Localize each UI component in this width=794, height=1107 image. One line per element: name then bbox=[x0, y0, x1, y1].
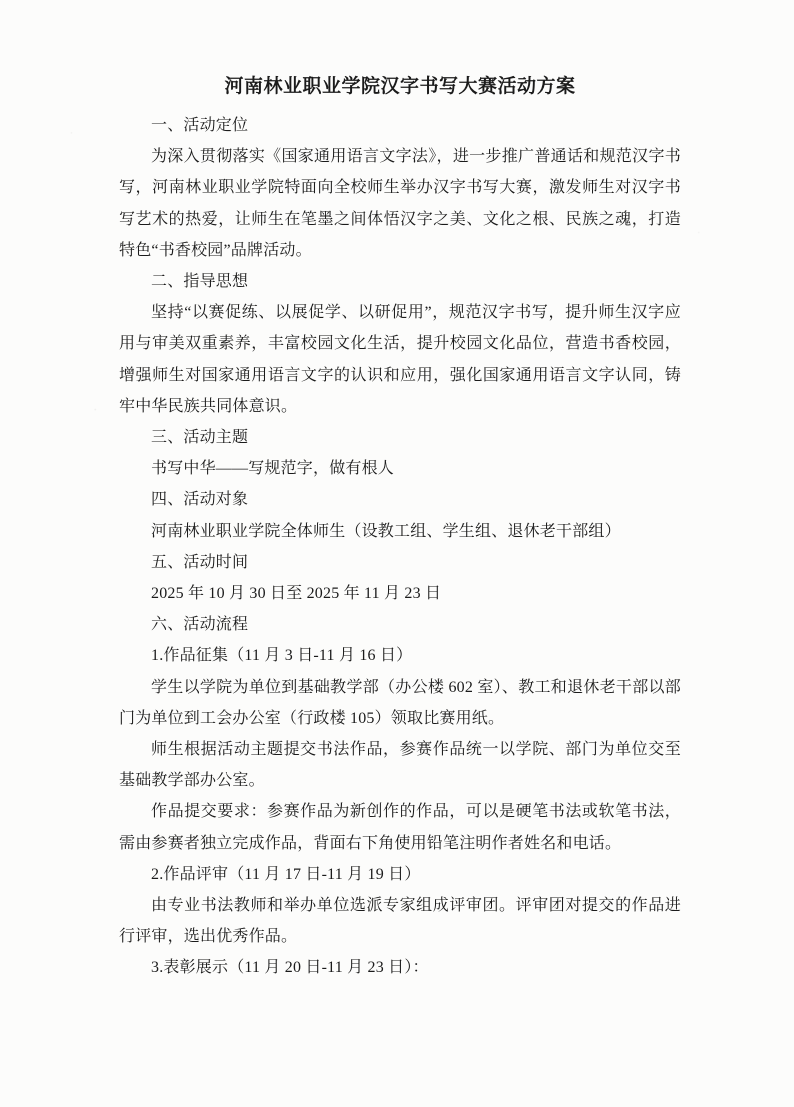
paragraph: 学生以学院为单位到基础教学部（办公楼 602 室）、教工和退休老干部以部门为单位… bbox=[119, 672, 681, 734]
document-title: 河南林业职业学院汉字书写大赛活动方案 bbox=[119, 74, 681, 100]
section-heading: 六、活动流程 bbox=[119, 609, 681, 640]
paragraph: 为深入贯彻落实《国家通用语言文字法》，进一步推广普通话和规范汉字书写，河南林业职… bbox=[119, 141, 681, 266]
paragraph: 坚持“以赛促练、以展促学、以研促用”，规范汉字书写，提升师生汉字应用与审美双重素… bbox=[119, 297, 681, 422]
paragraph: 作品提交要求：参赛作品为新创作的作品，可以是硬笔书法或软笔书法，需由参赛者独立完… bbox=[119, 796, 681, 858]
document-body: 一、活动定位 为深入贯彻落实《国家通用语言文字法》，进一步推广普通话和规范汉字书… bbox=[119, 110, 681, 984]
section-heading: 四、活动对象 bbox=[119, 484, 681, 515]
paragraph: 2.作品评审（11 月 17 日-11 月 19 日） bbox=[119, 859, 681, 890]
section-heading: 一、活动定位 bbox=[119, 110, 681, 141]
paragraph: 河南林业职业学院全体师生（设教工组、学生组、退休老干部组） bbox=[119, 516, 681, 547]
section-heading: 三、活动主题 bbox=[119, 422, 681, 453]
paragraph: 2025 年 10 月 30 日至 2025 年 11 月 23 日 bbox=[119, 578, 681, 609]
paragraph: 3.表彰展示（11 月 20 日-11 月 23 日）： bbox=[119, 952, 681, 983]
section-heading: 五、活动时间 bbox=[119, 547, 681, 578]
paragraph: 由专业书法教师和举办单位选派专家组成评审团。评审团对提交的作品进行评审，选出优秀… bbox=[119, 890, 681, 952]
paragraph: 书写中华——写规范字，做有根人 bbox=[119, 453, 681, 484]
section-heading: 二、指导思想 bbox=[119, 266, 681, 297]
paragraph: 师生根据活动主题提交书法作品，参赛作品统一以学院、部门为单位交至基础教学部办公室… bbox=[119, 734, 681, 796]
document-content: 河南林业职业学院汉字书写大赛活动方案 一、活动定位 为深入贯彻落实《国家通用语言… bbox=[119, 74, 681, 984]
document-page: 河南林业职业学院汉字书写大赛活动方案 一、活动定位 为深入贯彻落实《国家通用语言… bbox=[0, 0, 794, 1107]
paragraph: 1.作品征集（11 月 3 日-11 月 16 日） bbox=[119, 640, 681, 671]
